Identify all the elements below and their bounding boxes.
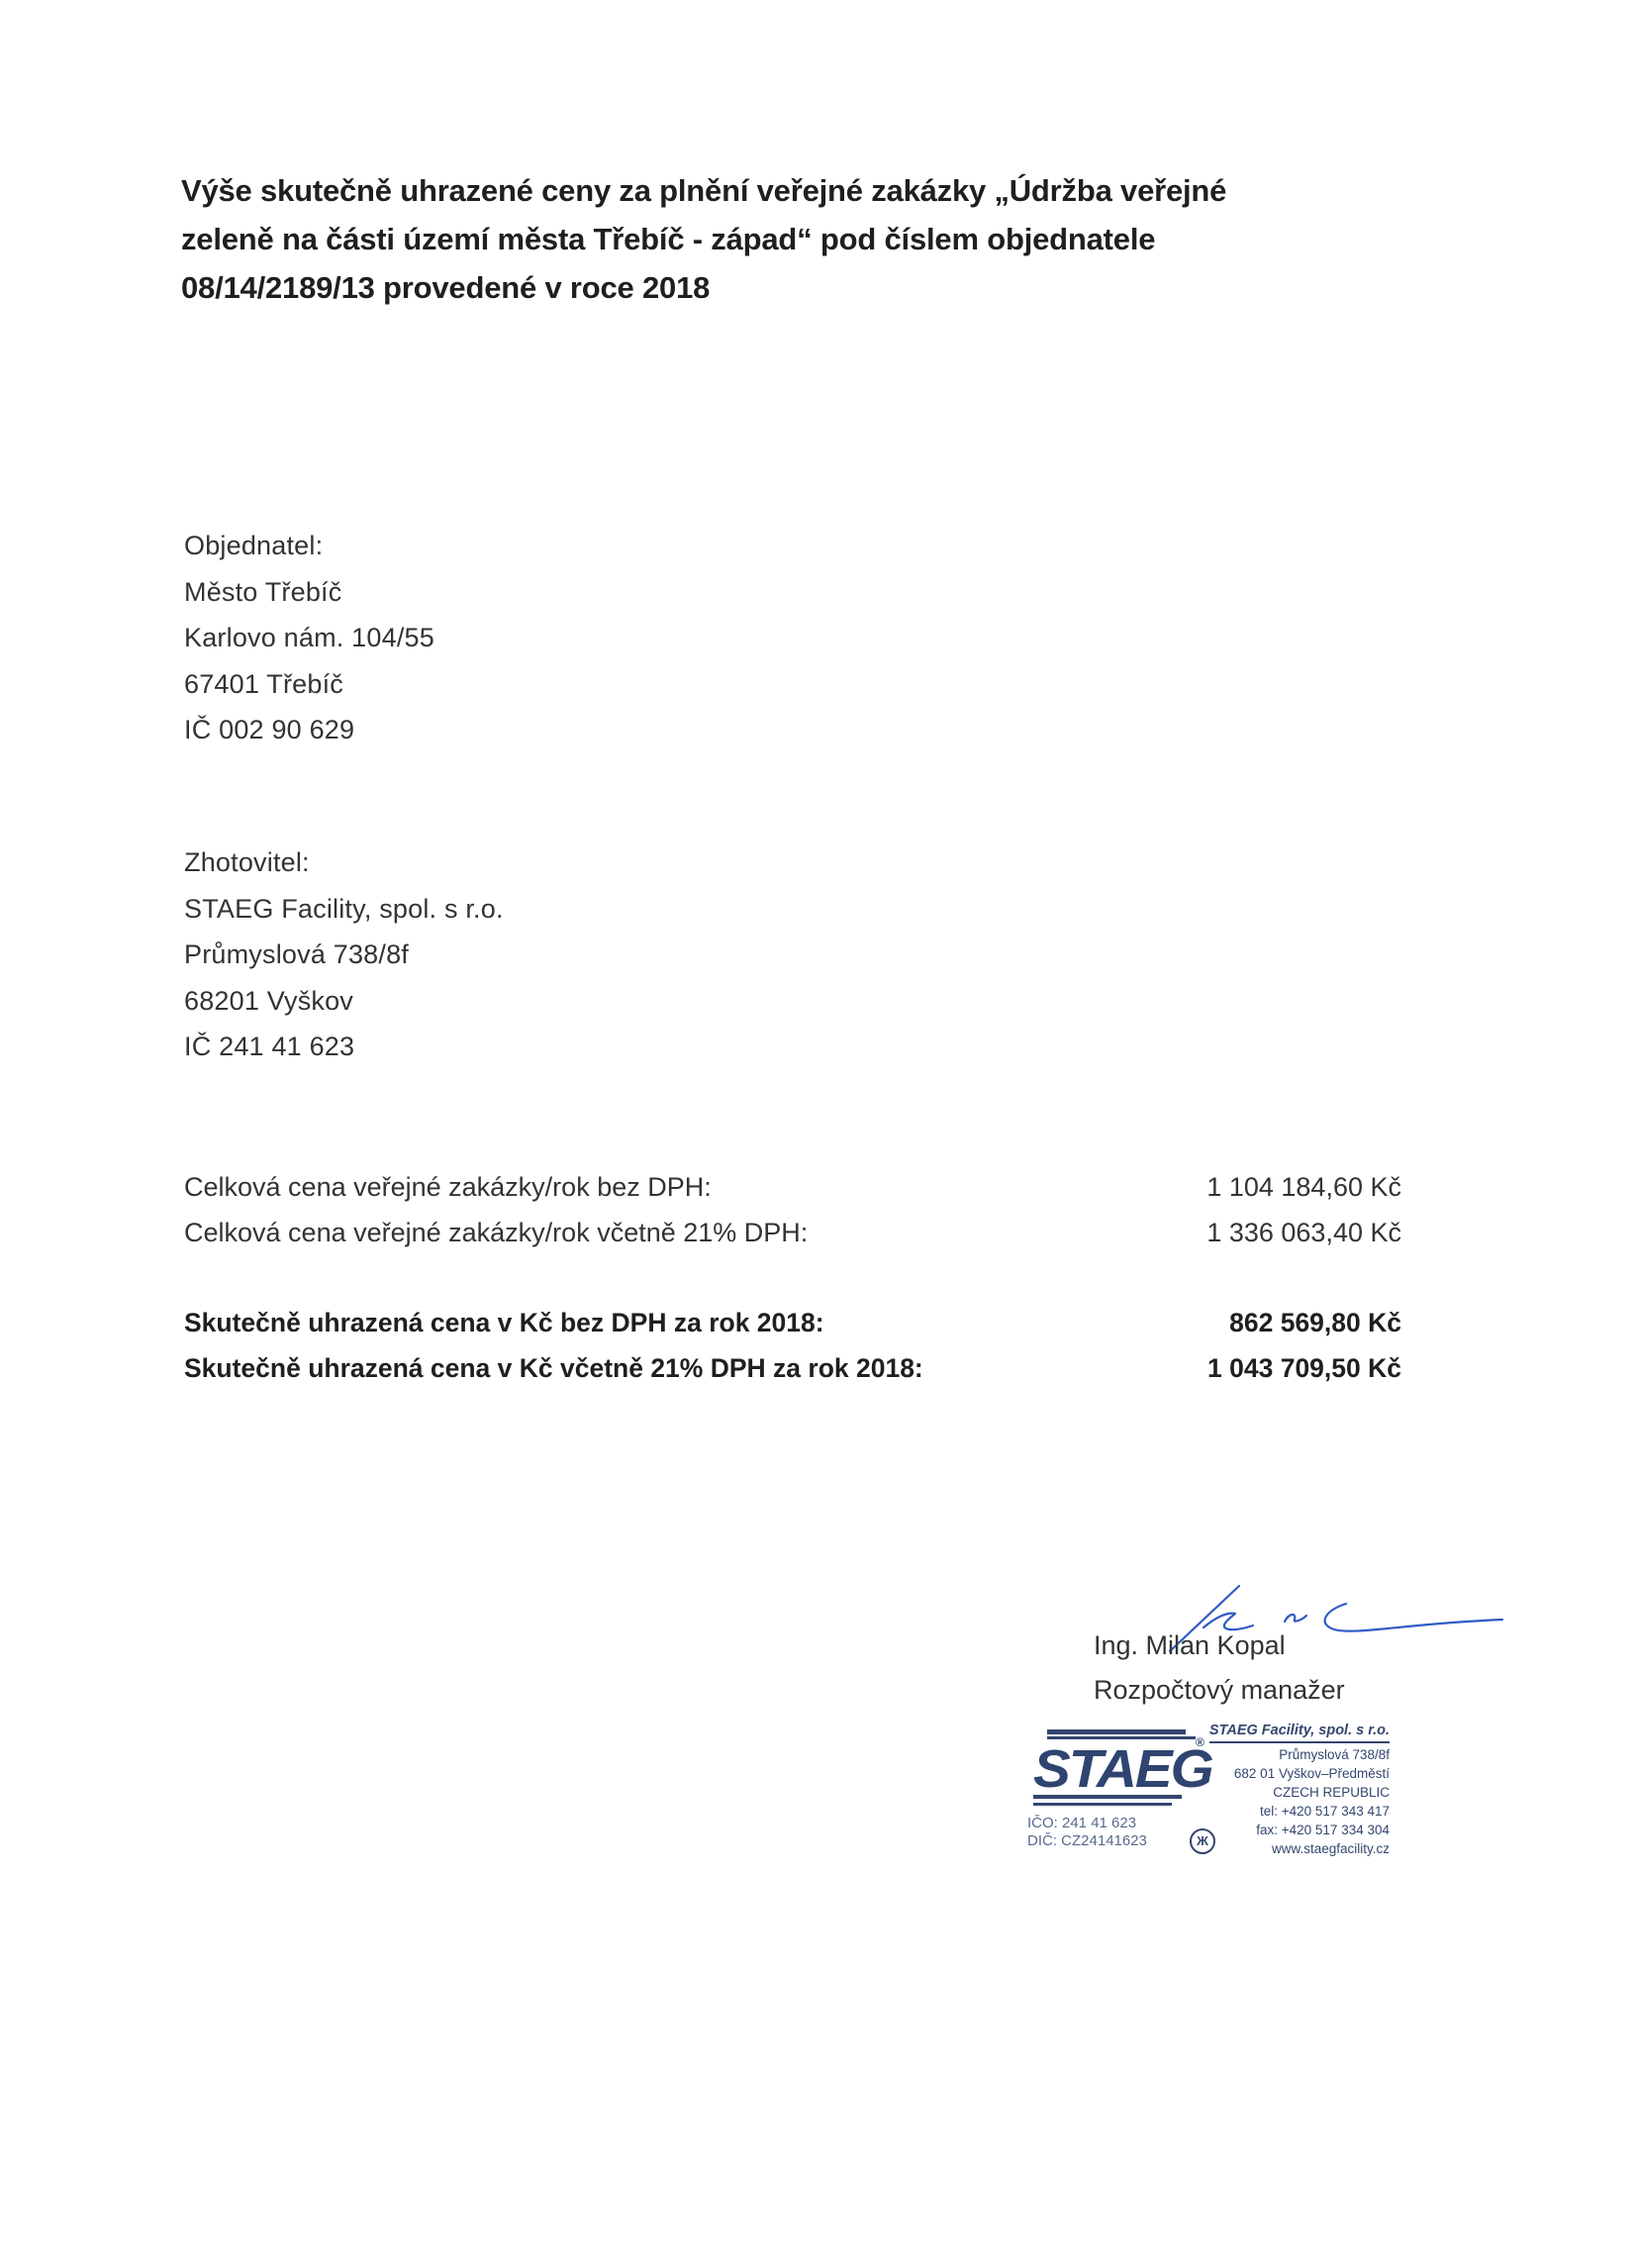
orderer-id: IČ 002 90 629 — [184, 707, 434, 753]
contractor-city: 68201 Vyškov — [184, 978, 504, 1025]
contractor-id: IČ 241 41 623 — [184, 1024, 504, 1070]
price-row-paid-incl-vat: Skutečně uhrazená cena v Kč včetně 21% D… — [184, 1345, 1401, 1391]
orderer-name: Město Třebíč — [184, 569, 434, 616]
price-table: Celková cena veřejné zakázky/rok bez DPH… — [184, 1164, 1401, 1391]
stamp-country: CZECH REPUBLIC — [1209, 1783, 1390, 1802]
stamp-fax: fax: +420 517 334 304 — [1209, 1821, 1390, 1839]
title-line-3: 08/14/2189/13 provedené v roce 2018 — [181, 263, 1369, 312]
orderer-block: Objednatel: Město Třebíč Karlovo nám. 10… — [184, 523, 434, 753]
contractor-heading: Zhotovitel: — [184, 839, 504, 886]
price-value: 1 104 184,60 Kč — [1206, 1164, 1401, 1210]
signatory-name: Ing. Milan Kopal — [1094, 1624, 1345, 1668]
stamp-street: Průmyslová 738/8f — [1209, 1745, 1390, 1764]
stamp-ids: IČO: 241 41 623 DIČ: CZ24141623 — [1027, 1815, 1147, 1850]
stamp-dic: DIČ: CZ24141623 — [1027, 1832, 1147, 1850]
price-label: Skutečně uhrazená cena v Kč bez DPH za r… — [184, 1300, 824, 1345]
contractor-name: STAEG Facility, spol. s r.o. — [184, 886, 504, 933]
logo-bar-bottom-2 — [1033, 1803, 1172, 1806]
title-line-1: Výše skutečně uhrazené ceny za plnění ve… — [181, 166, 1369, 215]
document-title: Výše skutečně uhrazené ceny za plnění ve… — [181, 166, 1369, 312]
price-label: Skutečně uhrazená cena v Kč včetně 21% D… — [184, 1345, 923, 1391]
price-row-total-incl-vat: Celková cena veřejné zakázky/rok včetně … — [184, 1210, 1401, 1255]
stamp-address: STAEG Facility, spol. s r.o. Průmyslová … — [1209, 1722, 1390, 1858]
signatory-role: Rozpočtový manažer — [1094, 1668, 1345, 1713]
company-stamp: STAEG ® STAEG Facility, spol. s r.o. Prů… — [1019, 1718, 1395, 1866]
price-value: 1 043 709,50 Kč — [1207, 1345, 1401, 1391]
price-label: Celková cena veřejné zakázky/rok bez DPH… — [184, 1164, 712, 1210]
price-row-paid-excl-vat: Skutečně uhrazená cena v Kč bez DPH za r… — [184, 1300, 1401, 1345]
contractor-street: Průmyslová 738/8f — [184, 932, 504, 978]
title-line-2: zeleně na části území města Třebíč - záp… — [181, 215, 1369, 263]
spacer — [184, 1255, 1401, 1300]
stamp-web: www.staegfacility.cz — [1209, 1839, 1390, 1858]
orderer-street: Karlovo nám. 104/55 — [184, 615, 434, 661]
staeg-logo: STAEG — [1027, 1727, 1194, 1797]
stamp-company: STAEG Facility, spol. s r.o. — [1209, 1722, 1390, 1743]
logo-text: STAEG — [1033, 1741, 1212, 1797]
logo-bar-top — [1047, 1729, 1186, 1734]
stamp-city: 682 01 Vyškov–Předměstí — [1209, 1764, 1390, 1783]
signatory-block: Ing. Milan Kopal Rozpočtový manažer — [1094, 1624, 1345, 1713]
price-row-total-excl-vat: Celková cena veřejné zakázky/rok bez DPH… — [184, 1164, 1401, 1210]
orderer-city: 67401 Třebíč — [184, 661, 434, 708]
price-value: 1 336 063,40 Kč — [1206, 1210, 1401, 1255]
stamp-tel: tel: +420 517 343 417 — [1209, 1802, 1390, 1821]
stamp-ico: IČO: 241 41 623 — [1027, 1815, 1147, 1832]
certification-symbol-icon: Ж — [1190, 1828, 1215, 1854]
logo-bar-bottom — [1033, 1795, 1182, 1799]
registered-mark-icon: ® — [1196, 1735, 1204, 1749]
price-label: Celková cena veřejné zakázky/rok včetně … — [184, 1210, 808, 1255]
price-value: 862 569,80 Kč — [1229, 1300, 1401, 1345]
contractor-block: Zhotovitel: STAEG Facility, spol. s r.o.… — [184, 839, 504, 1070]
orderer-heading: Objednatel: — [184, 523, 434, 569]
